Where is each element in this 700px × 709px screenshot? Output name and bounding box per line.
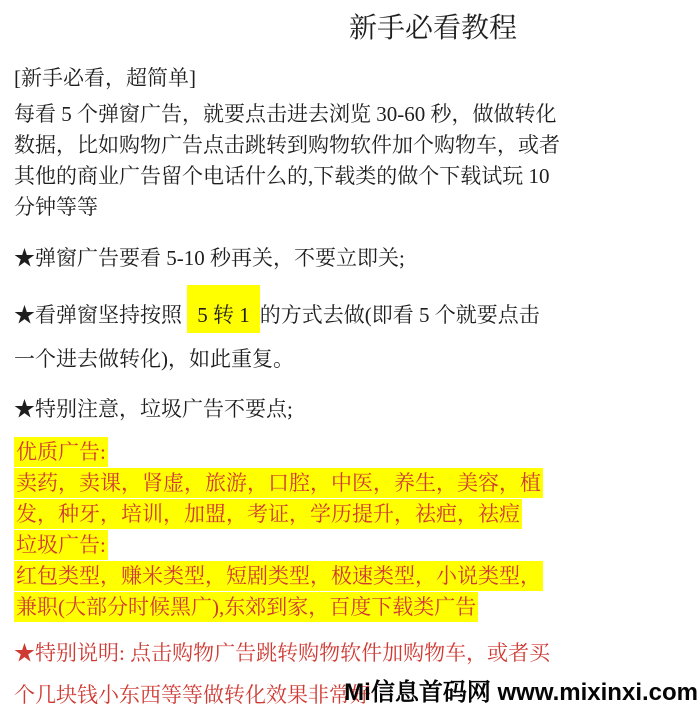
bad-ads-list: 兼职(大部分时候黑广),东郊到家，百度下载类广告 [14,592,680,623]
page-title: 新手必看教程 [14,12,680,46]
bad-ads-list-text: 兼职(大部分时候黑广),东郊到家，百度下载类广告 [14,592,478,622]
intro-tag: [新手必看，超简单] [14,63,680,94]
tip-five-to-one-post: 的方式去做(即看 5 个就要点击 [260,303,540,327]
good-ads-list: 卖药，卖课，肾虚，旅游，口腔，中医，养生，美容，植 [14,468,680,499]
good-ads-label-text: 优质广告: [14,437,108,467]
good-ads-list-text: 卖药，卖课，肾虚，旅游，口腔，中医，养生，美容，植 [14,468,543,498]
tutorial-document: 新手必看教程 [新手必看，超简单] 每看 5 个弹窗广告，就要点击进去浏览 30… [0,0,700,709]
bad-ads-list: 红包类型，赚米类型，短剧类型，极速类型，小说类型， [14,561,680,592]
paragraph-line: 其他的商业广告留个电话什么的,下载类的做个下载试玩 10 [14,161,680,192]
good-ads-list: 发，种牙，培训，加盟，考证，学历提升，祛疤，祛痘 [14,499,680,530]
paragraph-line: 分钟等等 [14,192,680,223]
five-to-one-highlight: 5 转 1 [187,285,260,333]
intro-paragraph: 每看 5 个弹窗广告，就要点击进去浏览 30-60 秒，做做转化 数据，比如购物… [14,99,680,223]
tip-close-timing: ★弹窗广告要看 5-10 秒再关，不要立即关; [14,243,680,274]
bad-ads-list-text: 红包类型，赚米类型，短剧类型，极速类型，小说类型， [14,561,543,591]
paragraph-line: 每看 5 个弹窗广告，就要点击进去浏览 30-60 秒，做做转化 [14,99,680,130]
good-ads-label: 优质广告: [14,437,680,468]
tip-five-to-one-continued: 一个进去做转化)，如此重复。 [14,344,680,375]
watermark-site-name: Mi信息首码网 [344,679,491,706]
watermark: Mi信息首码网 www.mixinxi.com [344,679,698,707]
bad-ads-label: 垃圾广告: [14,530,680,561]
bad-ads-label-text: 垃圾广告: [14,530,108,560]
watermark-site-url: www.mixinxi.com [498,679,699,706]
paragraph-line: 数据，比如购物广告点击跳转到购物软件加个购物车，或者 [14,130,680,161]
tip-five-to-one: ★看弹窗坚持按照 5 转 1的方式去做(即看 5 个就要点击 [14,300,680,331]
special-note-line: ★特别说明: 点击购物广告跳转购物软件加购物车，或者买 [14,638,680,669]
tip-five-to-one-pre: ★看弹窗坚持按照 [14,303,187,327]
tip-avoid-junk-ads: ★特别注意，垃圾广告不要点; [14,394,680,425]
good-ads-list-text: 发，种牙，培训，加盟，考证，学历提升，祛疤，祛痘 [14,499,522,529]
